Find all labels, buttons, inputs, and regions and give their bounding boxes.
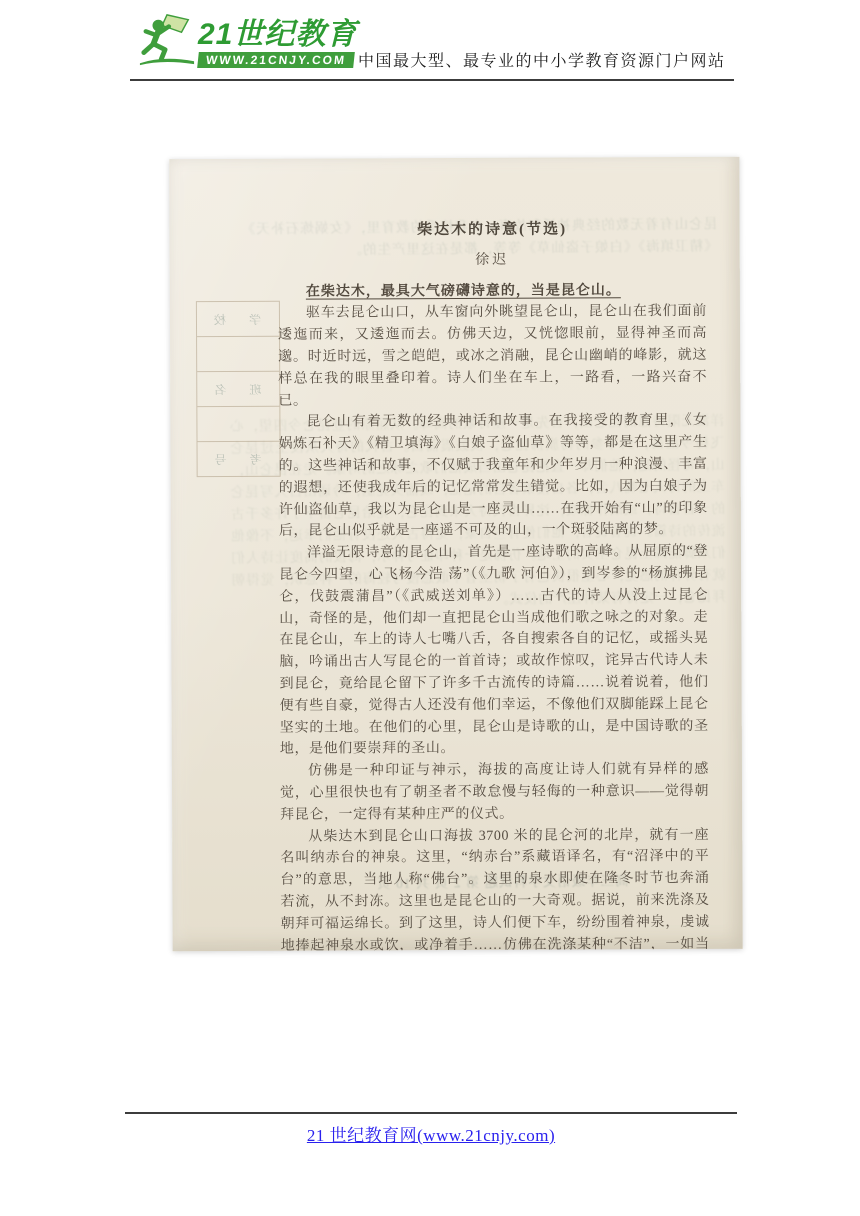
brand-name: 21世纪教育 xyxy=(198,20,357,50)
article-paragraph: 从柴达木到昆仑山口海拔 3700 米的昆仑河的北岸，就有一座名叫纳赤台的神泉。这… xyxy=(280,824,710,951)
article-lead-sentence: 在柴达木，最具大气磅礴诗意的，当是昆仑山。 xyxy=(278,279,707,303)
site-footer: 21 世纪教育网(www.21cnjy.com) xyxy=(125,1112,737,1146)
article-title: 柴达木的诗意(节选) xyxy=(278,219,707,243)
site-header: 21世纪教育 WWW.21CNJY.COM 中国最大型、最专业的中小学教育资源门… xyxy=(130,0,734,81)
footer-site-link[interactable]: 21 世纪教育网(www.21cnjy.com) xyxy=(307,1126,555,1145)
runner-icon xyxy=(138,12,196,68)
site-tagline: 中国最大型、最专业的中小学教育资源门户网站 xyxy=(358,48,726,71)
page: 21世纪教育 WWW.21CNJY.COM 中国最大型、最专业的中小学教育资源门… xyxy=(0,0,860,1216)
brand-logo: 21世纪教育 WWW.21CNJY.COM xyxy=(138,12,357,68)
scanned-exam-page: 昆仑山有着无数的经典神话和故事。在我接受的教育里，《女娲炼石补天》《精卫填海》《… xyxy=(169,157,742,951)
brand-url: WWW.21CNJY.COM xyxy=(197,52,355,68)
article-paragraph: 洋溢无限诗意的昆仑山，首先是一座诗歌的高峰。从屈原的“登昆仑今四望，心飞杨今浩 … xyxy=(279,541,709,761)
article-author: 徐迟 xyxy=(278,249,707,273)
brand-text: 21世纪教育 WWW.21CNJY.COM xyxy=(198,20,357,68)
article: 柴达木的诗意(节选) 徐迟 在柴达木，最具大气磅礴诗意的，当是昆仑山。 驱车去昆… xyxy=(169,157,742,951)
article-paragraph: 昆仑山有着无数的经典神话和故事。在我接受的教育里，《女娲炼石补天》《精卫填海》《… xyxy=(278,410,708,543)
article-paragraph: 仿佛是一种印证与神示，海拔的高度让诗人们就有异样的感觉，心里很快也有了朝圣者不敢… xyxy=(280,759,709,826)
article-paragraph: 驱车去昆仑山口，从车窗向外眺望昆仑山，昆仑山在我们面前逶迤而来，又逶迤而去。仿佛… xyxy=(278,301,707,412)
